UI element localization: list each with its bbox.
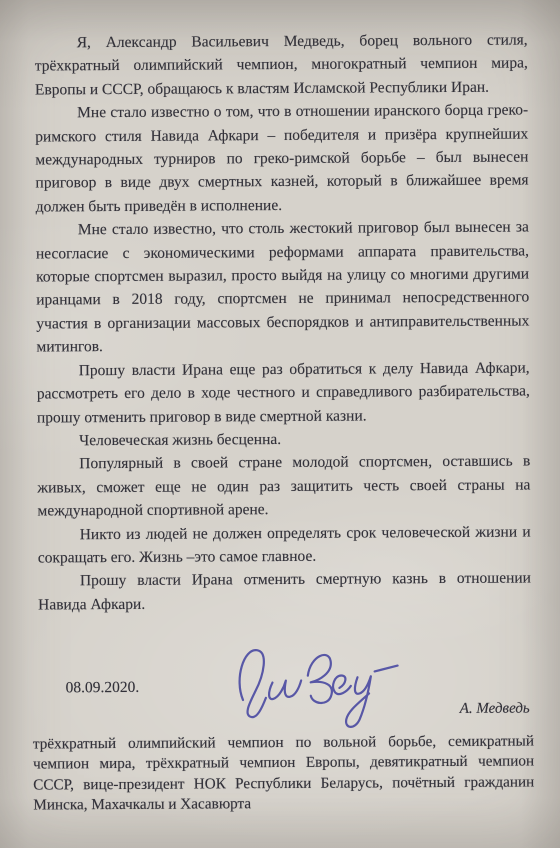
letter-paragraph-life-priceless: Человеческая жизнь бесценна. xyxy=(37,426,530,452)
letter-paragraph-sentence: Мне стало известно о том, что в отношени… xyxy=(35,99,529,219)
letter-paragraph-athlete-future: Популярный в своей стране молодой спортс… xyxy=(37,450,530,523)
credentials-footer: трёхкратный олимпийский чемпион по вольн… xyxy=(33,731,534,816)
letter-paragraph-final-request: Прошу власти Ирана отменить смертную каз… xyxy=(38,567,531,617)
signature-icon xyxy=(227,631,400,734)
letter-sheet: Я, Александр Васильевич Медведь, борец в… xyxy=(0,0,560,848)
letter-photo: Я, Александр Васильевич Медведь, борец в… xyxy=(0,0,560,848)
letter-paragraph-reason: Мне стало известно, что столь жестокий п… xyxy=(36,216,530,359)
letter-paragraph-intro: Я, Александр Васильевич Медведь, борец в… xyxy=(35,28,528,101)
letter-paragraph-request-retrial: Прошу власти Ирана еще раз обратиться к … xyxy=(37,356,530,429)
date-line: 08.09.2020. xyxy=(66,679,140,697)
signatory-name: А. Медведь xyxy=(460,700,530,717)
letter-body: Я, Александр Васильевич Медведь, борец в… xyxy=(35,28,532,616)
letter-paragraph-no-one: Никто из людей не должен определять срок… xyxy=(38,520,531,570)
